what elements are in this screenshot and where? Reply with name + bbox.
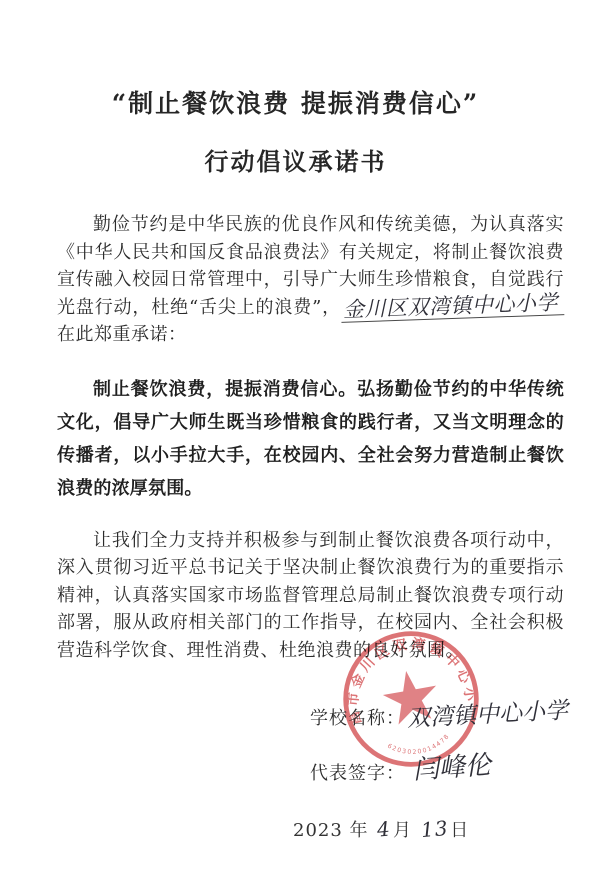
handwritten-school-name-inline: 金川区双湾镇中心小学 [341, 292, 565, 323]
paragraph-action: 让我们全力支持并积极参与到制止餐饮浪费各项行动中，深入贯彻习近平总书记关于坚决制… [0, 527, 591, 665]
handwritten-day: 13 [420, 816, 449, 842]
representative-signature-label: 代表签字： [310, 763, 405, 784]
document-title-line2: 行动倡议承诺书 [0, 142, 591, 177]
representative-signature-line: 代表签字：闫峰伦 [310, 750, 491, 787]
school-name-label: 学校名称： [310, 708, 405, 729]
handwritten-month: 4 [376, 816, 392, 841]
date-line: 2023 年 4月 13日 [293, 816, 469, 842]
date-printed-prefix: 2023 年 [293, 820, 369, 841]
school-name-line: 学校名称：双湾镇中心小学 [310, 698, 568, 731]
paragraph-intro-tail: 在此郑重承诺： [57, 324, 187, 345]
date-month-unit: 月 [393, 820, 412, 841]
paragraph-pledge: 制止餐饮浪费，提振消费信心。弘扬勤俭节约的中华传统文化，倡导广大师生既当珍惜粮食… [0, 373, 591, 505]
commitment-letter-page: “制止餐饮浪费 提振消费信心” 行动倡议承诺书 勤俭节约是中华民族的优良作风和传… [0, 0, 591, 886]
paragraph-intro: 勤俭节约是中华民族的优良作风和传统美德，为认真落实《中华人民共和国反食品浪费法》… [0, 211, 591, 349]
date-day-unit: 日 [450, 820, 469, 841]
handwritten-school-name-signature: 双湾镇中心小学 [406, 692, 569, 733]
handwritten-representative-signature: 闫峰伦 [412, 744, 492, 786]
document-title-line1: “制止餐饮浪费 提振消费信心” [0, 0, 591, 120]
